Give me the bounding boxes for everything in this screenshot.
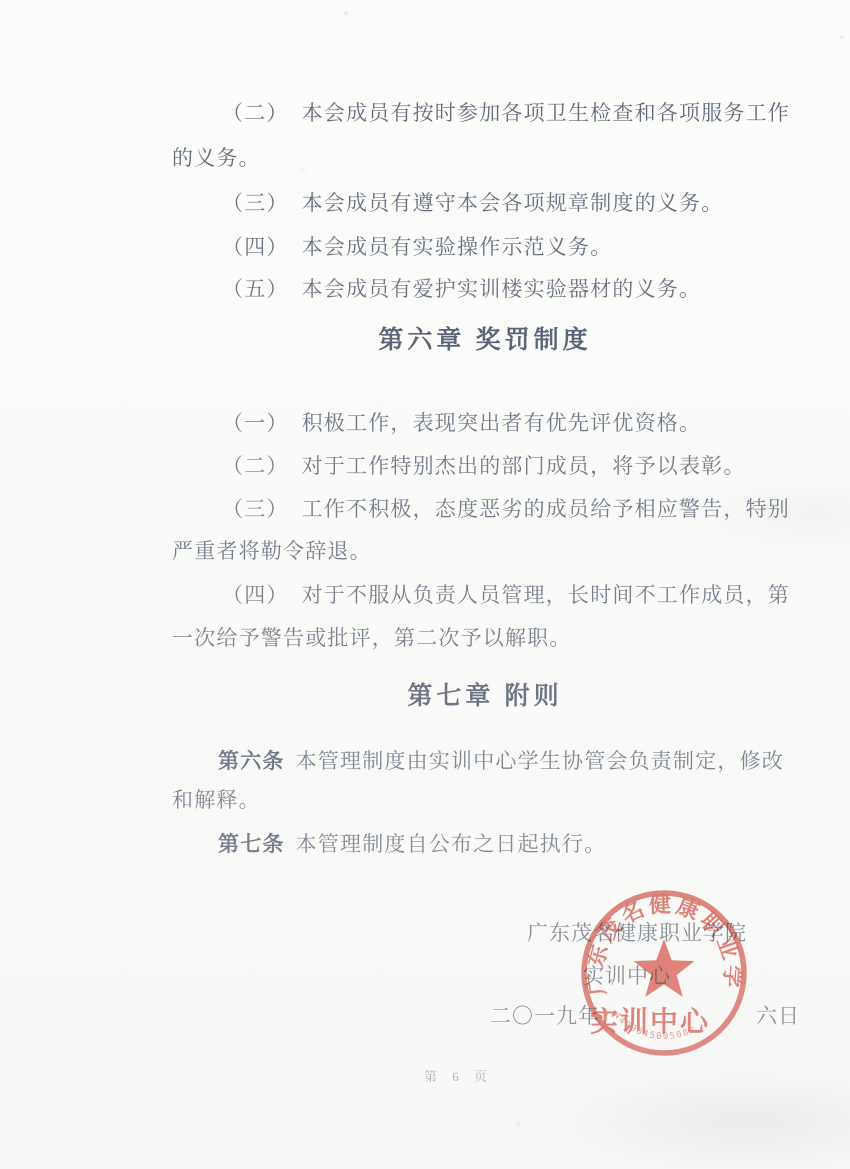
article-text: 本管理制度自公布之日起执行。 xyxy=(296,832,607,856)
article-label: 第六条 xyxy=(218,749,285,773)
article-7-line-1: 第七条本管理制度自公布之日起执行。 xyxy=(218,831,606,858)
item-text: 工作不积极，态度恶劣的成员给予相应警告，特别 xyxy=(302,497,790,521)
seal-code-text: 4409045005082 xyxy=(611,1011,698,1042)
scan-artifact xyxy=(344,12,348,15)
page-number-footer: 第 6 页 xyxy=(424,1066,493,1085)
article-label: 第七条 xyxy=(218,832,285,856)
item-text: 本会成员有遵守本会各项规章制度的义务。 xyxy=(302,191,724,215)
seal-band-text: 实训中心 xyxy=(590,1006,710,1038)
signature-date-prefix: 二〇一九年 xyxy=(490,1003,600,1030)
reward-item-3-line-2: 严重者将勒令辞退。 xyxy=(172,538,372,565)
item-text: 本会成员有按时参加各项卫生检查和各项服务工作 xyxy=(302,101,790,125)
duty-item-2-line-2: 的义务。 xyxy=(172,145,261,172)
duty-item-2-line-1: （二）本会成员有按时参加各项卫生检查和各项服务工作 xyxy=(222,100,790,127)
scan-artifact xyxy=(840,36,843,39)
duty-item-5: （五）本会成员有爱护实训楼实验器材的义务。 xyxy=(222,276,701,303)
item-marker: （三） xyxy=(222,497,289,521)
chapter-6-heading: 第六章 奖罚制度 xyxy=(172,326,798,356)
item-text: 对于工作特别杰出的部门成员，将予以表彰。 xyxy=(302,454,746,478)
item-marker: （一） xyxy=(222,411,289,435)
item-text: 本会成员有爱护实训楼实验器材的义务。 xyxy=(302,277,702,301)
item-marker: （二） xyxy=(222,454,289,478)
reward-item-4-line-1: （四）对于不服从负责人员管理，长时间不工作成员，第 xyxy=(222,582,790,609)
reward-item-4-line-2: 一次给予警告或批评，第二次予以解职。 xyxy=(172,625,572,652)
article-6-line-1: 第六条本管理制度由实训中心学生协管会负责制定，修改 xyxy=(218,748,784,775)
item-text: 积极工作，表现突出者有优先评优资格。 xyxy=(302,411,702,435)
signature-department: 实训中心 xyxy=(583,963,671,990)
scan-artifact xyxy=(516,1122,520,1126)
scanned-document-page: （二）本会成员有按时参加各项卫生检查和各项服务工作 的义务。 （三）本会成员有遵… xyxy=(0,0,850,1169)
item-marker: （四） xyxy=(222,235,289,259)
duty-item-3: （三）本会成员有遵守本会各项规章制度的义务。 xyxy=(222,190,723,217)
reward-item-2: （二）对于工作特别杰出的部门成员，将予以表彰。 xyxy=(222,453,746,480)
duty-item-4: （四）本会成员有实验操作示范义务。 xyxy=(222,234,612,261)
item-marker: （二） xyxy=(222,101,289,125)
item-marker: （五） xyxy=(222,277,289,301)
item-text: 对于不服从负责人员管理，长时间不工作成员，第 xyxy=(302,583,790,607)
article-text: 本管理制度由实训中心学生协管会负责制定，修改 xyxy=(296,749,784,773)
signature-organization: 广东茂名健康职业学院 xyxy=(527,920,747,947)
chapter-7-heading: 第七章 附则 xyxy=(172,682,798,712)
reward-item-3-line-1: （三）工作不积极，态度恶劣的成员给予相应警告，特别 xyxy=(222,496,790,523)
article-6-line-2: 和解释。 xyxy=(172,787,261,814)
reward-item-1: （一）积极工作，表现突出者有优先评优资格。 xyxy=(222,410,701,437)
item-text: 本会成员有实验操作示范义务。 xyxy=(302,235,613,259)
scan-artifact xyxy=(300,168,305,171)
item-marker: （四） xyxy=(222,583,289,607)
signature-date-suffix: 六日 xyxy=(756,1003,800,1030)
item-marker: （三） xyxy=(222,191,289,215)
